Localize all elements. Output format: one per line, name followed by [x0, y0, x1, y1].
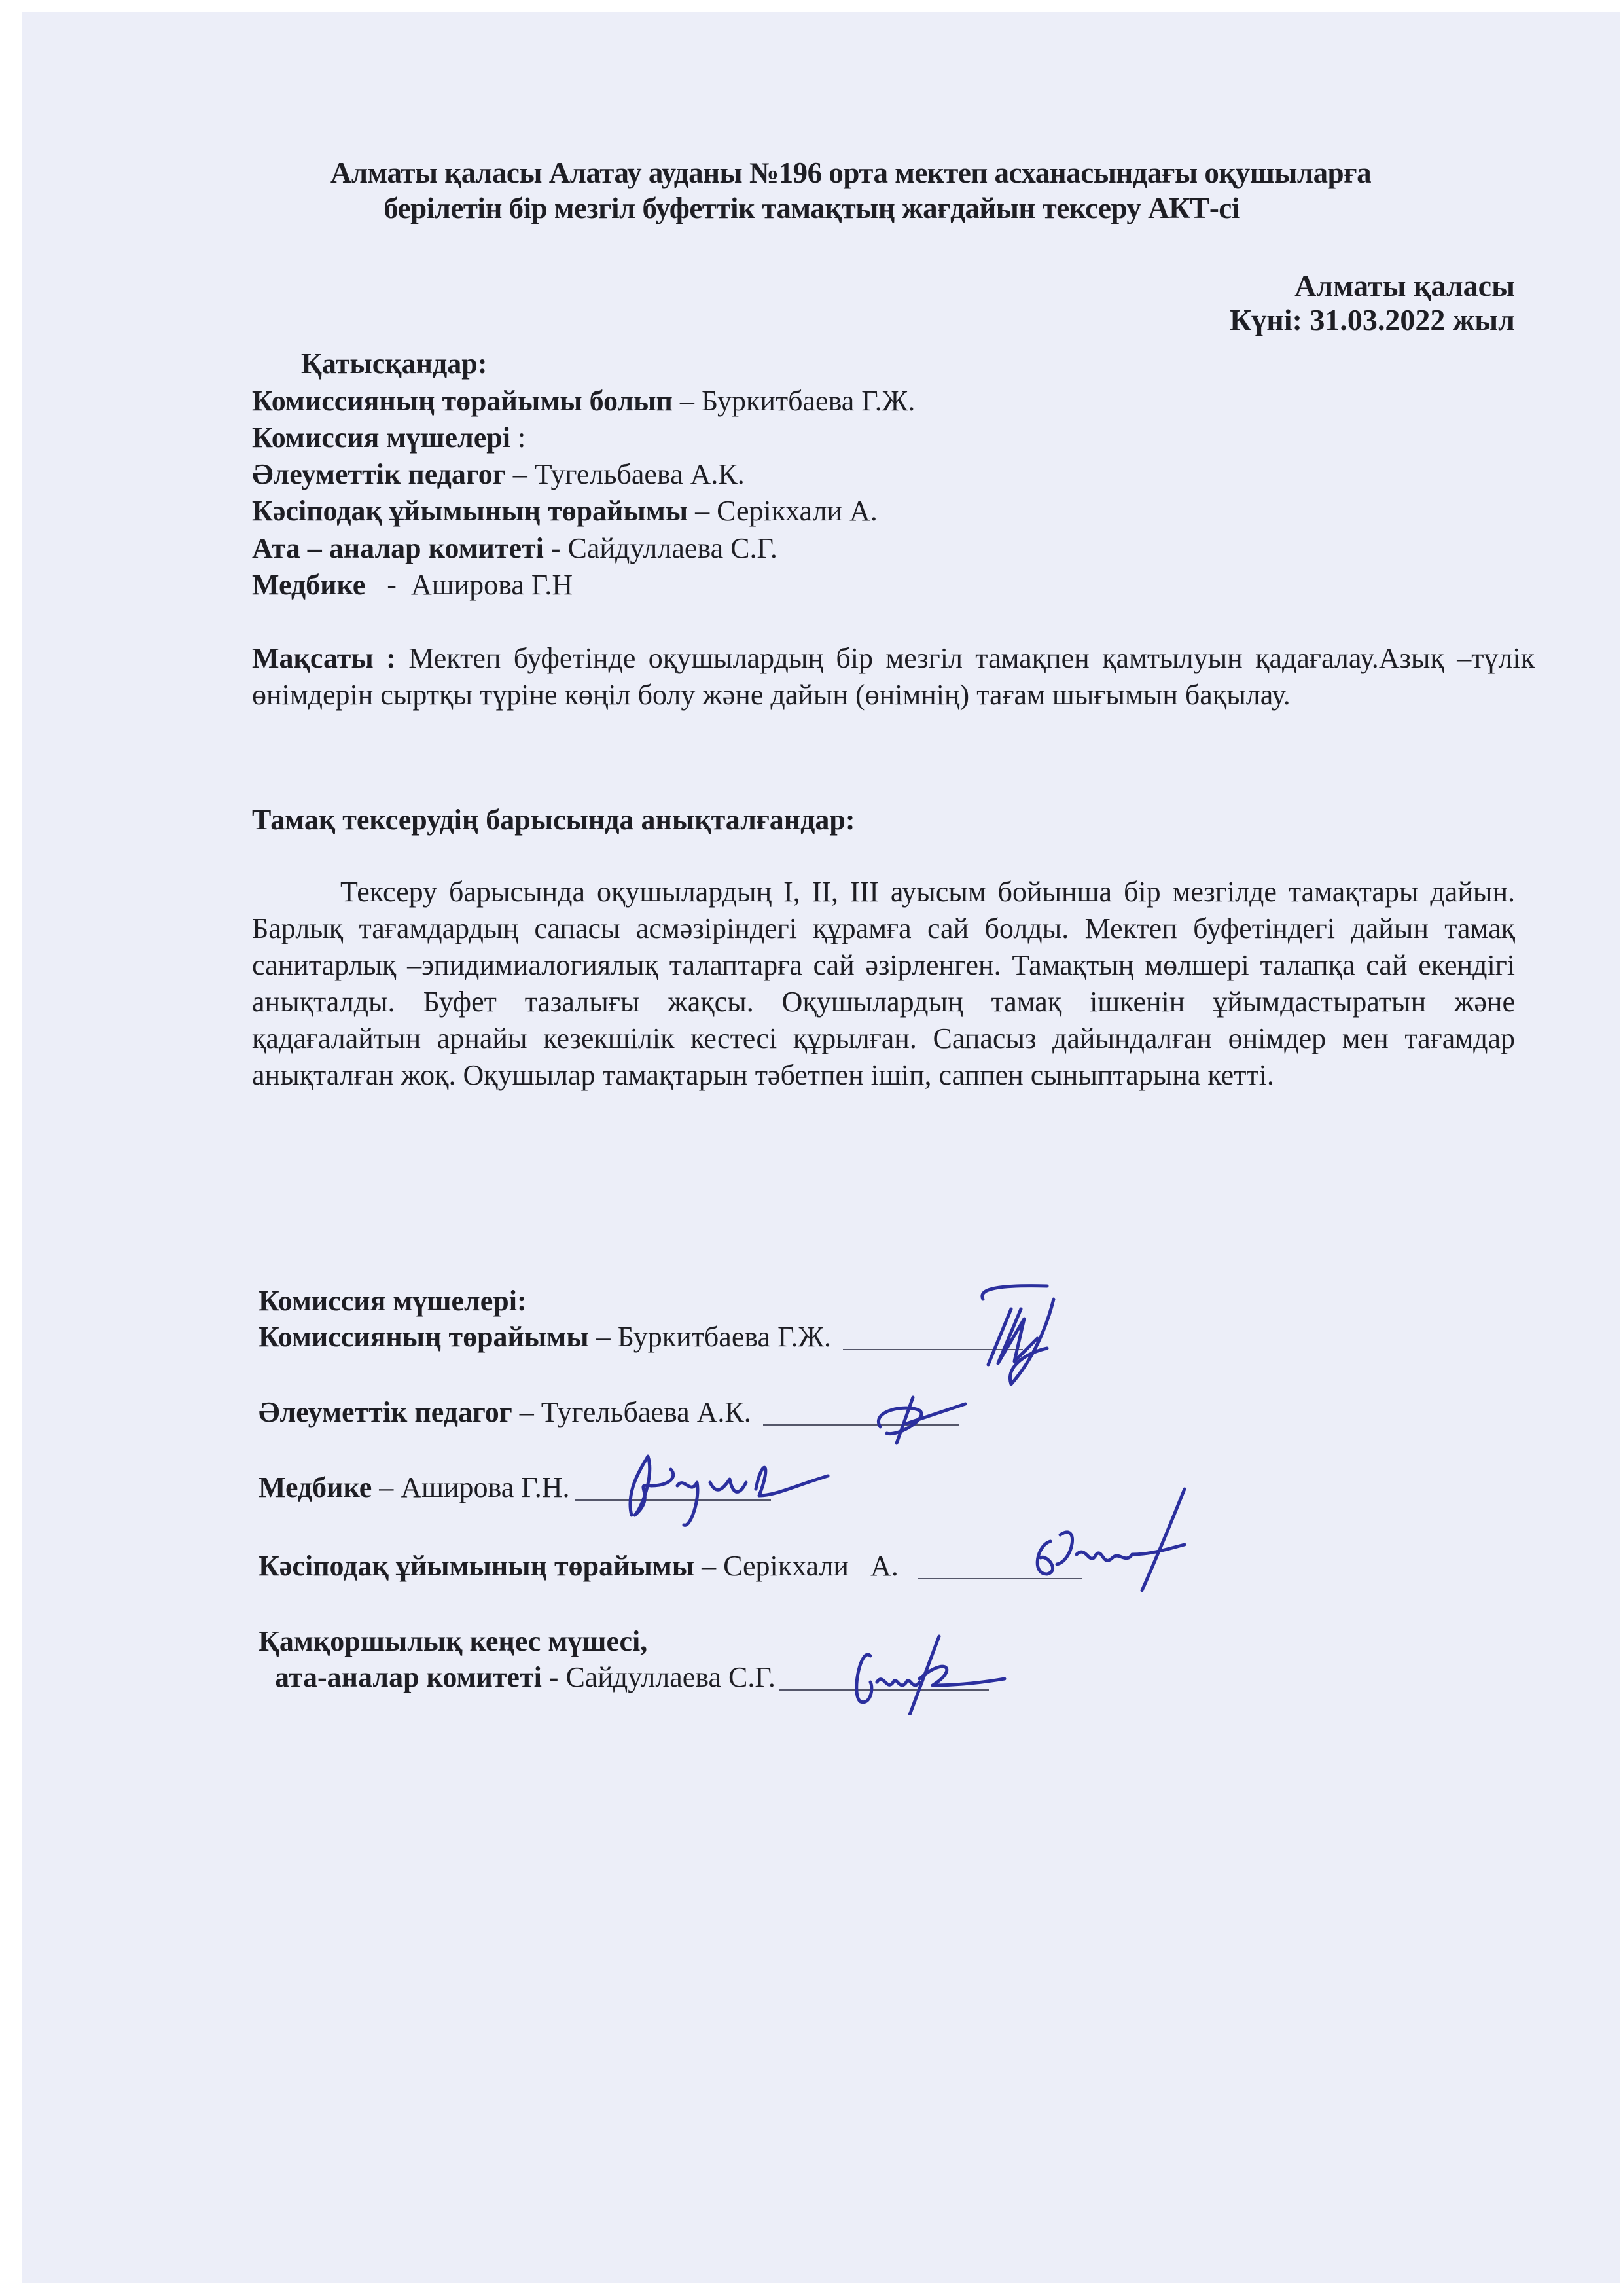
participant-role: Әлеуметтік педагог	[252, 458, 506, 490]
participant-chair: Комиссияның төрайымы болып – Буркитбаева…	[252, 383, 915, 420]
signatures-heading: Комиссия мүшелері:	[259, 1283, 527, 1319]
signer-name: – Тугельбаева А.К.	[512, 1396, 751, 1428]
signer-role: Комиссияның төрайымы	[259, 1321, 589, 1353]
participant-role: Кәсіподақ ұйымының төрайымы	[252, 495, 688, 527]
signer-role: Әлеуметтік педагог	[259, 1396, 512, 1428]
participant-name: – Тугельбаева А.К.	[506, 458, 745, 490]
participant-row: Әлеуметтік педагог – Тугельбаева А.К.	[252, 456, 745, 493]
participant-row: Ата – аналар комитеті - Сайдуллаева С.Г.	[252, 530, 777, 567]
signature-row-social-pedagogue: Әлеуметтік педагог – Тугельбаева А.К.	[259, 1394, 959, 1431]
scanned-sheet	[22, 12, 1620, 2283]
signature-board-role-line1: Қамқоршылық кеңес мүшесі,	[259, 1623, 647, 1660]
signature-chair	[975, 1280, 1086, 1391]
participant-role: Комиссияның төрайымы болып	[252, 385, 673, 417]
findings-heading: Тамақ тексерудің барысында анықталғандар…	[252, 802, 855, 838]
participant-role: Медбике	[252, 569, 365, 601]
signature-union-chair	[1021, 1482, 1204, 1594]
participant-name: – Буркитбаева Г.Ж.	[673, 385, 915, 417]
signer-role: ата-аналар комитеті	[275, 1661, 542, 1693]
signature-nurse	[618, 1450, 847, 1535]
participant-name: - Сайдуллаева С.Г.	[544, 532, 777, 564]
signer-name: – Серікхали А.	[694, 1550, 899, 1582]
signature-parents-committee	[847, 1630, 1018, 1715]
participant-row: Медбике - Аширова Г.Н	[252, 567, 573, 603]
document-title-line2: берілетін бір мезгіл буфеттік тамақтың ж…	[0, 191, 1623, 225]
purpose-text: Мектеп буфетінде оқушылардың бір мезгіл …	[252, 642, 1535, 711]
members-heading-colon: :	[510, 422, 526, 454]
signer-role: Медбике	[259, 1471, 372, 1503]
members-heading: Комиссия мүшелері :	[252, 420, 526, 456]
participant-row: Кәсіподақ ұйымының төрайымы – Серікхали …	[252, 493, 878, 529]
purpose-section: Мақсаты : Мектеп буфетінде оқушылардың б…	[252, 640, 1535, 713]
members-heading-text: Комиссия мүшелері	[252, 422, 510, 454]
purpose-label: Мақсаты :	[252, 642, 396, 674]
signer-name: – Буркитбаева Г.Ж.	[589, 1321, 831, 1353]
findings-text: Тексеру барысында оқушылардың I, II, III…	[252, 874, 1515, 1094]
signature-row-union-chair: Кәсіподақ ұйымының төрайымы – Серікхали …	[259, 1548, 1082, 1585]
signer-role: Кәсіподақ ұйымының төрайымы	[259, 1550, 694, 1582]
participant-role: Ата – аналар комитеті	[252, 532, 544, 564]
signer-name: - Сайдуллаева С.Г.	[542, 1661, 776, 1693]
city-label: Алматы қаласы	[1294, 268, 1515, 303]
participants-heading: Қатысқандар:	[301, 346, 487, 382]
document-title-line1: Алматы қаласы Алатау ауданы №196 орта ме…	[0, 156, 1623, 190]
signer-name: – Аширова Г.Н.	[372, 1471, 569, 1503]
signature-social-pedagogue	[867, 1394, 972, 1446]
participant-name: – Серікхали А.	[688, 495, 878, 527]
date-label: Күні: 31.03.2022 жыл	[1230, 302, 1515, 337]
signature-row-chair: Комиссияның төрайымы – Буркитбаева Г.Ж.	[259, 1319, 1023, 1355]
participant-name: - Аширова Г.Н	[365, 569, 573, 601]
